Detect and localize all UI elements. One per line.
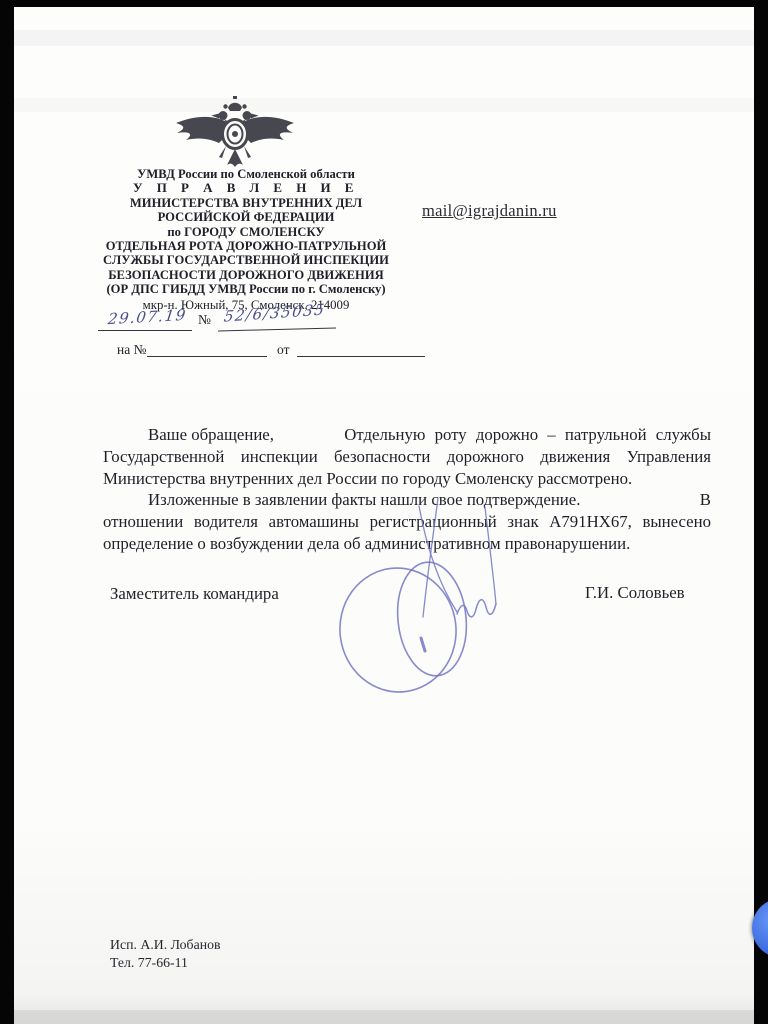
- body-line: Государственной инспекции безопасности д…: [103, 446, 711, 468]
- letterhead-line: (ОР ДПС ГИБДД УМВД России по г. Смоленск…: [84, 282, 408, 296]
- letterhead-line: МИНИСТЕРСТВА ВНУТРЕННИХ ДЕЛ: [84, 196, 408, 210]
- letterhead: УМВД России по Смоленской области У П Р …: [84, 167, 408, 312]
- mvd-eagle-emblem-icon: [170, 94, 300, 174]
- body-line: определение о возбуждении дела об админи…: [103, 533, 711, 555]
- signer-name: Г.И. Соловьев: [585, 583, 685, 603]
- recipient-email: mail@igrajdanin.ru: [422, 201, 557, 221]
- number-sign: №: [198, 312, 211, 328]
- letterhead-line: РОССИЙСКОЙ ФЕДЕРАЦИИ: [84, 210, 408, 224]
- scanned-letter-page: УМВД России по Смоленской области У П Р …: [0, 0, 768, 1024]
- reference-row-incoming: на № от: [98, 340, 438, 364]
- number-underline: [218, 327, 336, 331]
- letterhead-line: по ГОРОДУ СМОЛЕНСКУ: [84, 225, 408, 239]
- handwritten-date: 29.07.19: [107, 306, 188, 328]
- body-line: Министерства внутренних дел России по го…: [103, 468, 711, 490]
- letterhead-line: УМВД России по Смоленской области: [84, 167, 408, 181]
- on-number-label: на №: [117, 342, 146, 358]
- letterhead-line: СЛУЖБЫ ГОСУДАРСТВЕННОЙ ИНСПЕКЦИИ: [84, 253, 408, 267]
- letterhead-line: БЕЗОПАСНОСТИ ДОРОЖНОГО ДВИЖЕНИЯ: [84, 268, 408, 282]
- from-date-label: от: [277, 342, 289, 358]
- body-line: отношении водителя автомашины регистраци…: [103, 511, 711, 533]
- reference-row-date-number: 29.07.19 № 52/6/35035: [98, 306, 398, 336]
- letter-body: Ваше обращение, Отдельную роту дорожно –…: [103, 424, 711, 555]
- from-date-underline: [297, 356, 425, 357]
- body-text-segment: Ваше обращение,: [148, 424, 274, 446]
- body-line: Ваше обращение, Отдельную роту дорожно –…: [103, 424, 711, 446]
- incoming-number-underline: [147, 356, 267, 357]
- date-underline: [98, 330, 192, 331]
- scan-border-right: [754, 0, 768, 1024]
- body-line: Изложенные в заявлении факты нашли свое …: [103, 489, 711, 511]
- scan-border-top: [0, 0, 768, 7]
- body-text-segment: Изложенные в заявлении факты нашли свое …: [148, 489, 580, 511]
- letterhead-line: У П Р А В Л Е Н И Е: [84, 181, 408, 195]
- scan-border-left: [0, 0, 14, 1024]
- signer-position-title: Заместитель командира: [110, 584, 279, 604]
- body-text-segment: В: [700, 489, 711, 511]
- letterhead-line: ОТДЕЛЬНАЯ РОТА ДОРОЖНО-ПАТРУЛЬНОЙ: [84, 239, 408, 253]
- body-text-segment: Отдельную роту дорожно – патрульной служ…: [344, 424, 711, 446]
- executor-phone: Тел. 77-66-11: [110, 954, 221, 972]
- executor-name: Исп. А.И. Лобанов: [110, 936, 221, 954]
- executor-block: Исп. А.И. Лобанов Тел. 77-66-11: [110, 936, 221, 971]
